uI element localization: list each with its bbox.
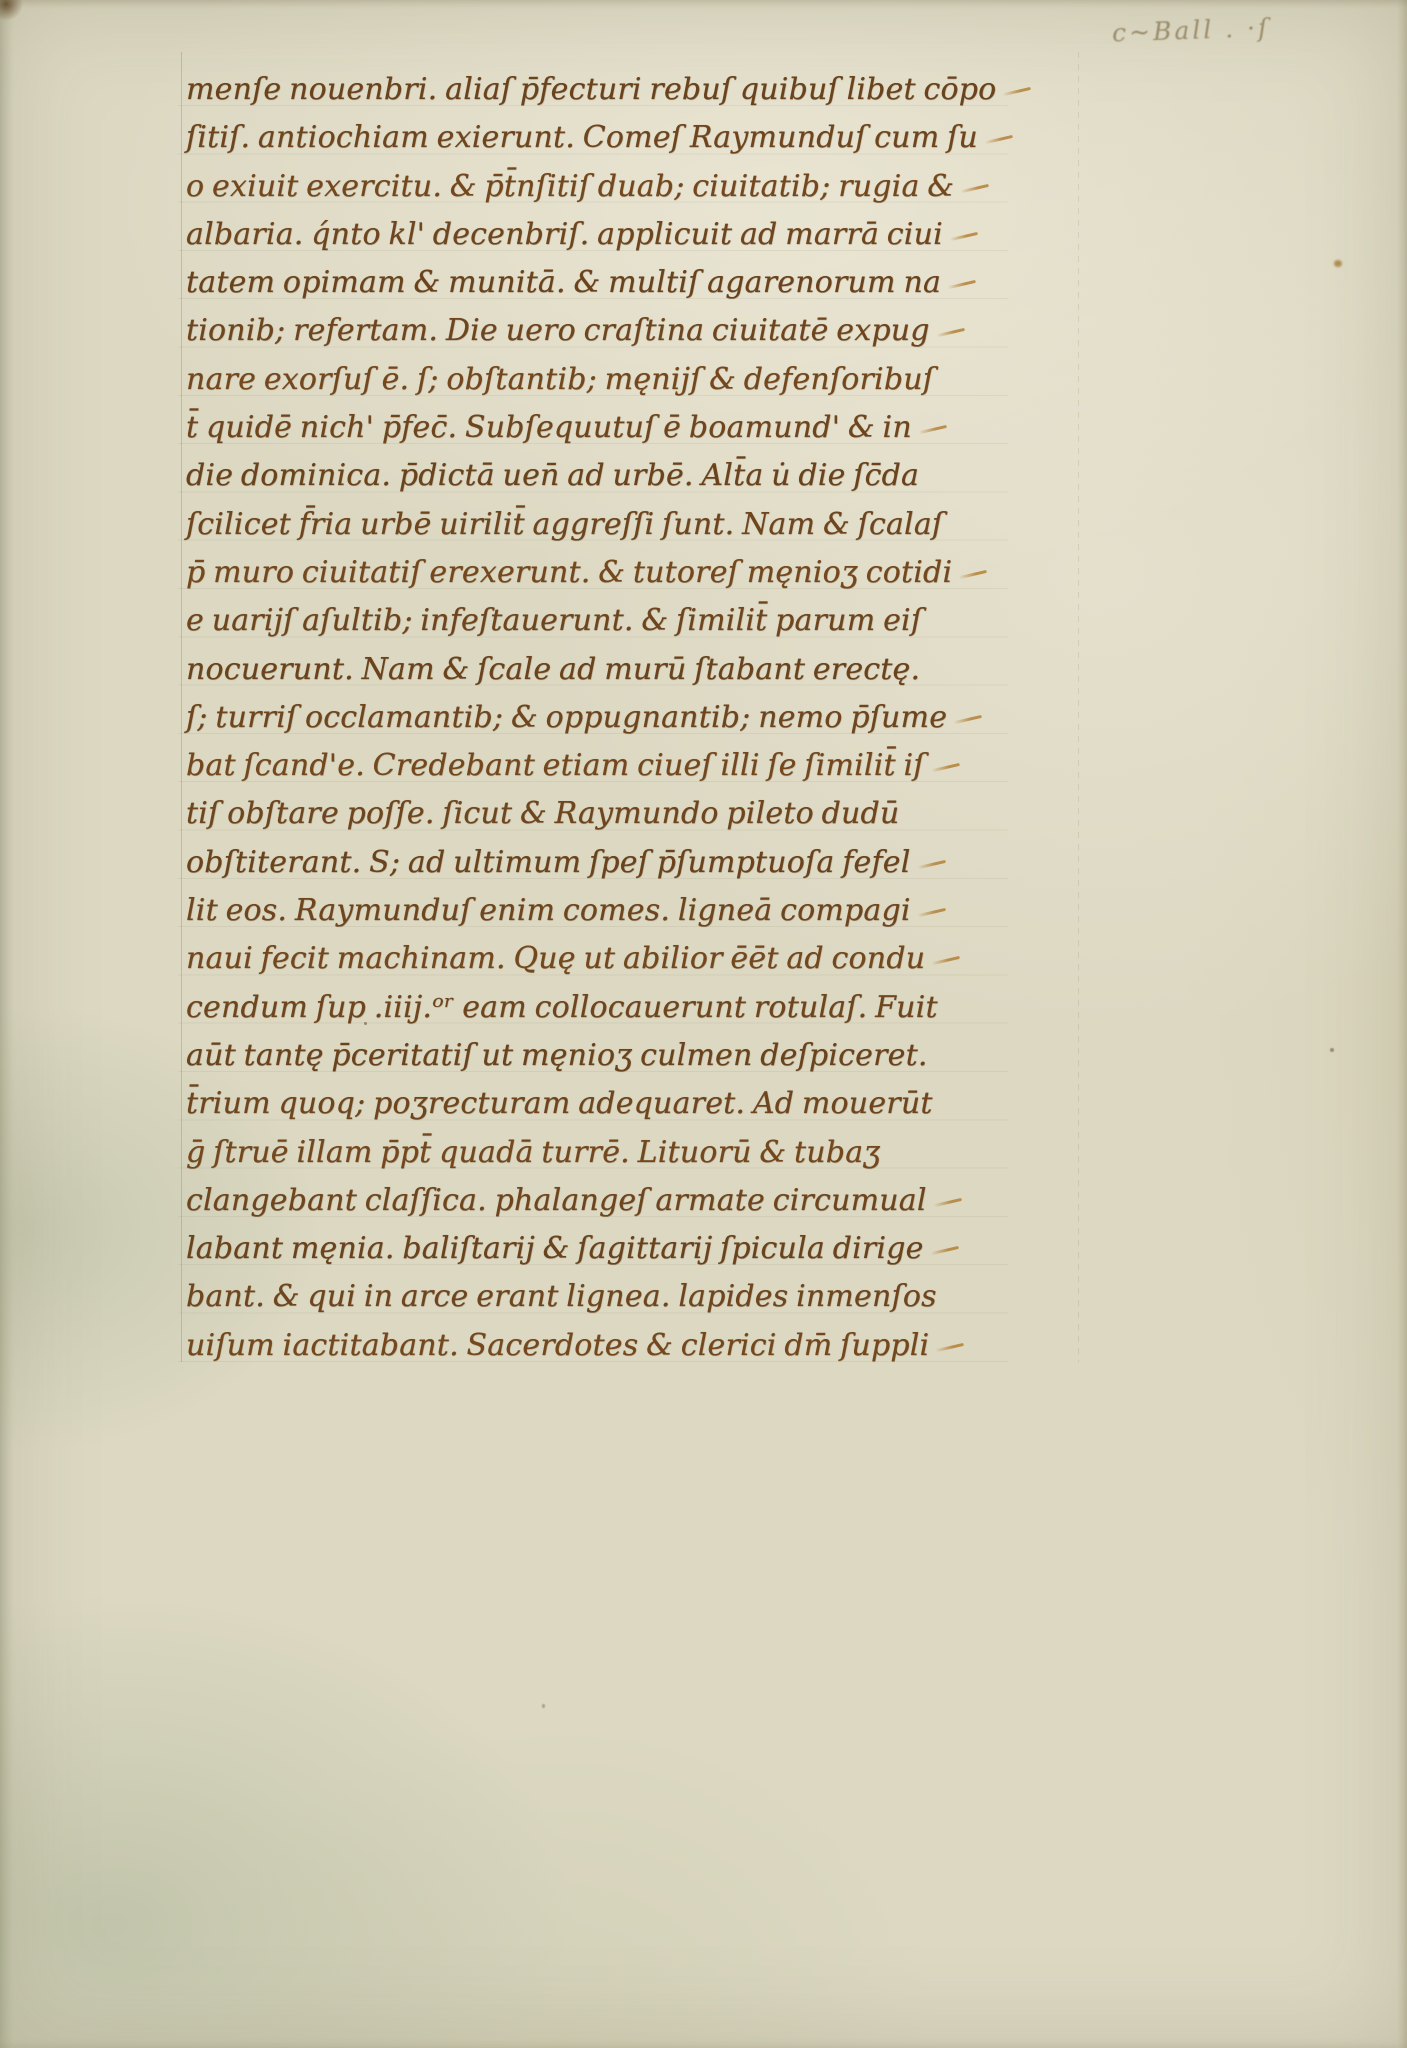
manuscript-line: nare exorſuſ ē. ſ; obſtantib; męnijſ & d… [186, 356, 1026, 404]
line-text: lit eos. Raymunduſ enim comes. ligneā co… [186, 893, 911, 928]
manuscript-line: ḡ ſtruē illam p̄pt̄ quadā turrē. Lituorū… [186, 1129, 1026, 1177]
manuscript-line: tionib; refertam. Die uero craſtina ciui… [186, 307, 1026, 355]
manuscript-line: menſe nouenbri. aliaſ p̄fecturi rebuſ qu… [186, 66, 1026, 114]
manuscript-line: t̄ quidē nich' p̄fec̄. Subſequutuſ ē boa… [186, 404, 1026, 452]
line-text: o exiuit exercitu. & p̄t̄nſitiſ duab; ci… [186, 169, 954, 204]
line-text: bant. & qui in arce erant lignea. lapide… [186, 1279, 937, 1314]
manuscript-page: c~Ball . ·ſ menſe nouenbri. aliaſ p̄fect… [0, 0, 1407, 2048]
manuscript-line: ſcilicet f̄ria urbē uirilit̄ aggreſſi ſu… [186, 501, 1026, 549]
line-text: naui fecit machinam. Quę ut abilior ēēt … [186, 941, 925, 976]
manuscript-line: t̄rium quoq; poʒrecturam adequaret. Ad m… [186, 1080, 1026, 1128]
line-text: obſtiterant. S; ad ultimum ſpeſ p̄ſumptu… [186, 845, 911, 880]
manuscript-line: uiſum iactitabant. Sacerdotes & clerici … [186, 1322, 1026, 1370]
line-text: albaria. q́nto kl' decenbriſ. applicuit … [186, 217, 943, 252]
line-text: tiſ obſtare poſſe. ſicut & Raymundo pile… [186, 796, 899, 831]
line-text: nare exorſuſ ē. ſ; obſtantib; męnijſ & d… [186, 362, 934, 397]
line-text: tatem opimam & munitā. & multiſ agarenor… [186, 265, 941, 300]
line-break-dash-icon [937, 328, 965, 337]
line-break-dash-icon [936, 1343, 964, 1352]
line-text: ſitiſ. antiochiam exierunt. Comeſ Raymun… [186, 120, 978, 155]
line-text: ſcilicet f̄ria urbē uirilit̄ aggreſſi ſu… [186, 507, 943, 542]
manuscript-line: lit eos. Raymunduſ enim comes. ligneā co… [186, 887, 1026, 935]
manuscript-line: die dominica. p̄dictā uen̄ ad urbē. Alt̄… [186, 452, 1026, 500]
parchment-stain [1334, 260, 1342, 267]
manuscript-line: cendum ſup .iiij.ᵒʳ eam collocauerunt ro… [186, 984, 1026, 1032]
manuscript-line: e uarijſ aſultib; infeſtauerunt. & ſimil… [186, 597, 1026, 645]
line-break-dash-icon [959, 570, 987, 579]
line-break-dash-icon [1003, 87, 1031, 96]
manuscript-line: tiſ obſtare poſſe. ſicut & Raymundo pile… [186, 790, 1026, 838]
line-break-dash-icon [948, 280, 976, 289]
line-text: t̄ quidē nich' p̄fec̄. Subſequutuſ ē boa… [186, 410, 912, 445]
line-break-dash-icon [932, 763, 960, 772]
manuscript-line: nocuerunt. Nam & ſcale ad murū ſtabant e… [186, 646, 1026, 694]
manuscript-line: albaria. q́nto kl' decenbriſ. applicuit … [186, 211, 1026, 259]
manuscript-line: tatem opimam & munitā. & multiſ agarenor… [186, 259, 1026, 307]
line-text: die dominica. p̄dictā uen̄ ad urbē. Alt̄… [186, 458, 919, 493]
manuscript-line: clangebant claſſica. phalangeſ armate ci… [186, 1177, 1026, 1225]
line-break-dash-icon [919, 425, 947, 434]
manuscript-line: o exiuit exercitu. & p̄t̄nſitiſ duab; ci… [186, 163, 1026, 211]
line-text: cendum ſup .iiij.ᵒʳ eam collocauerunt ro… [186, 990, 938, 1025]
manuscript-line: p̄ muro ciuitatiſ erexerunt. & tutoreſ m… [186, 549, 1026, 597]
line-break-dash-icon [932, 956, 960, 965]
line-break-dash-icon [954, 715, 982, 724]
ink-speck [542, 1704, 545, 1708]
line-text: e uarijſ aſultib; infeſtauerunt. & ſimil… [186, 603, 922, 638]
line-text: tionib; refertam. Die uero craſtina ciui… [186, 313, 930, 348]
line-text: t̄rium quoq; poʒrecturam adequaret. Ad m… [186, 1086, 933, 1121]
line-text: p̄ muro ciuitatiſ erexerunt. & tutoreſ m… [186, 555, 952, 590]
manuscript-line: ſ; turriſ occlamantib; & oppugnantib; ne… [186, 694, 1026, 742]
line-break-dash-icon [985, 135, 1013, 144]
line-break-dash-icon [918, 908, 946, 917]
line-text: labant męnia. baliſtarij & ſagittarij ſp… [186, 1231, 924, 1266]
line-text: ḡ ſtruē illam p̄pt̄ quadā turrē. Lituorū… [186, 1135, 880, 1170]
manuscript-line: ſitiſ. antiochiam exierunt. Comeſ Raymun… [186, 114, 1026, 162]
manuscript-line: obſtiterant. S; ad ultimum ſpeſ p̄ſumptu… [186, 839, 1026, 887]
line-break-dash-icon [918, 860, 946, 869]
shelfmark-annotation: c~Ball . ·ſ [1112, 9, 1373, 47]
line-text: menſe nouenbri. aliaſ p̄fecturi rebuſ qu… [186, 72, 996, 107]
manuscript-line: bant. & qui in arce erant lignea. lapide… [186, 1273, 1026, 1321]
ruling-line-left [181, 52, 182, 1362]
ink-speck [1330, 1048, 1334, 1052]
line-text: uiſum iactitabant. Sacerdotes & clerici … [186, 1328, 929, 1363]
line-text: ſ; turriſ occlamantib; & oppugnantib; ne… [186, 700, 947, 735]
manuscript-line: labant męnia. baliſtarij & ſagittarij ſp… [186, 1225, 1026, 1273]
line-text: bat ſcand'e. Credebant etiam ciueſ illi … [186, 748, 925, 783]
ruling-line-right [1078, 52, 1079, 1362]
text-block: menſe nouenbri. aliaſ p̄fecturi rebuſ qu… [186, 66, 1026, 1370]
line-break-dash-icon [961, 183, 989, 192]
line-text: aūt tantę p̄ceritatiſ ut męnioʒ culmen d… [186, 1038, 928, 1073]
line-break-dash-icon [934, 1198, 962, 1207]
manuscript-line: naui fecit machinam. Quę ut abilior ēēt … [186, 935, 1026, 983]
line-break-dash-icon [950, 232, 978, 241]
manuscript-line: aūt tantę p̄ceritatiſ ut męnioʒ culmen d… [186, 1032, 1026, 1080]
manuscript-line: bat ſcand'e. Credebant etiam ciueſ illi … [186, 742, 1026, 790]
line-text: clangebant claſſica. phalangeſ armate ci… [186, 1183, 927, 1218]
line-break-dash-icon [931, 1246, 959, 1255]
line-text: nocuerunt. Nam & ſcale ad murū ſtabant e… [186, 652, 920, 687]
